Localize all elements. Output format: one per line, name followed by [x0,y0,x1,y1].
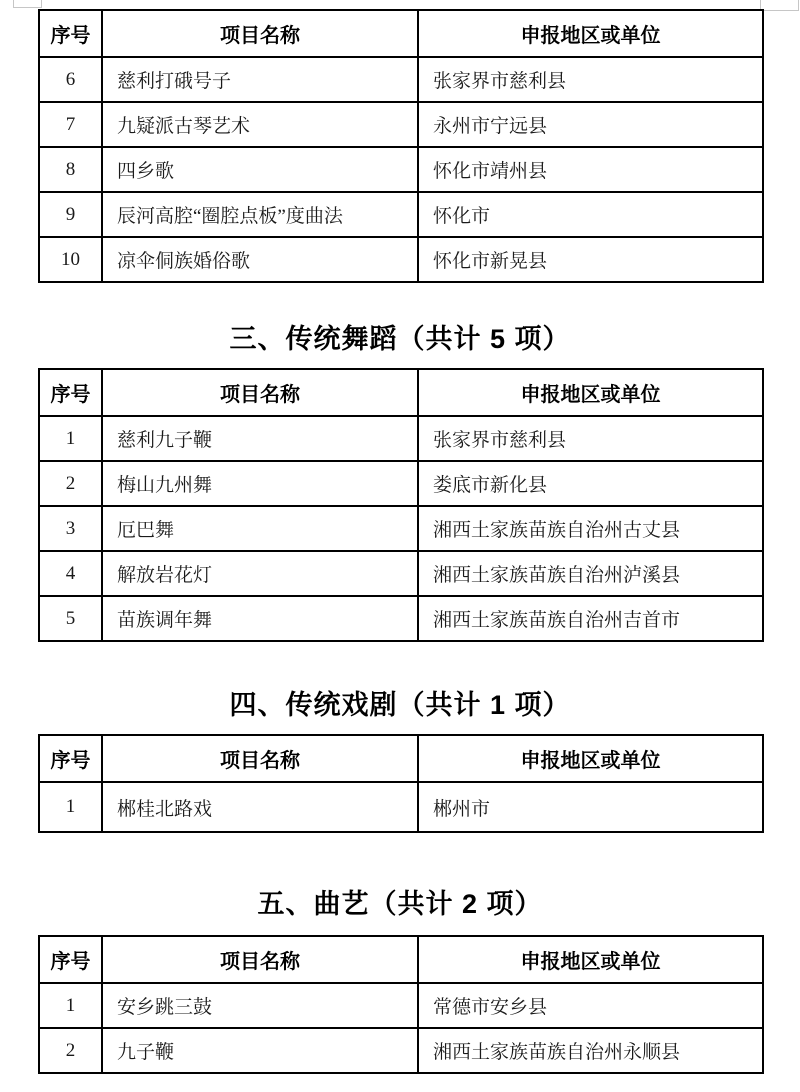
col-header-region: 申报地区或单位 [418,735,763,782]
heritage-table-traditional-dance: 序号 项目名称 申报地区或单位 1 慈利九子鞭 张家界市慈利县 2 梅山九州舞 … [38,368,764,642]
table-header-row: 序号 项目名称 申报地区或单位 [39,735,763,782]
col-header-name: 项目名称 [102,936,418,983]
table-row: 5 苗族调年舞 湘西土家族苗族自治州吉首市 [39,596,763,641]
cell-name: 慈利九子鞭 [102,416,418,461]
cell-num: 6 [39,57,102,102]
cell-name: 解放岩花灯 [102,551,418,596]
cell-region: 张家界市慈利县 [418,57,763,102]
col-header-region: 申报地区或单位 [418,10,763,57]
table-row: 1 安乡跳三鼓 常德市安乡县 [39,983,763,1028]
cell-num: 8 [39,147,102,192]
table-row: 9 辰河高腔“圈腔点板”度曲法 怀化市 [39,192,763,237]
cell-num: 2 [39,461,102,506]
cell-name: 苗族调年舞 [102,596,418,641]
col-header-name: 项目名称 [102,369,418,416]
cell-region: 郴州市 [418,782,763,832]
cell-name: 九子鞭 [102,1028,418,1073]
cell-name: 辰河高腔“圈腔点板”度曲法 [102,192,418,237]
cell-region: 张家界市慈利县 [418,416,763,461]
cell-region: 湘西土家族苗族自治州泸溪县 [418,551,763,596]
heritage-table-quyi: 序号 项目名称 申报地区或单位 1 安乡跳三鼓 常德市安乡县 2 九子鞭 湘西土… [38,935,764,1074]
cell-num: 10 [39,237,102,282]
cell-name: 九疑派古琴艺术 [102,102,418,147]
cell-num: 2 [39,1028,102,1073]
cell-name: 安乡跳三鼓 [102,983,418,1028]
cell-num: 4 [39,551,102,596]
cell-region: 湘西土家族苗族自治州吉首市 [418,596,763,641]
cell-name: 厄巴舞 [102,506,418,551]
section-title-traditional-drama: 四、传统戏剧（共计 1 项） [0,690,800,720]
table-header-row: 序号 项目名称 申报地区或单位 [39,10,763,57]
col-header-name: 项目名称 [102,10,418,57]
cell-num: 5 [39,596,102,641]
cell-name: 慈利打硪号子 [102,57,418,102]
table-row: 3 厄巴舞 湘西土家族苗族自治州古丈县 [39,506,763,551]
cell-name: 凉伞侗族婚俗歌 [102,237,418,282]
page-edge-artifact-left [13,0,42,8]
section-title-quyi: 五、曲艺（共计 2 项） [0,889,800,919]
cell-name: 四乡歌 [102,147,418,192]
cell-region: 常德市安乡县 [418,983,763,1028]
cell-region: 永州市宁远县 [418,102,763,147]
heritage-table-traditional-drama: 序号 项目名称 申报地区或单位 1 郴桂北路戏 郴州市 [38,734,764,833]
table-row: 10 凉伞侗族婚俗歌 怀化市新晃县 [39,237,763,282]
page-edge-artifact-right [760,0,799,11]
cell-num: 9 [39,192,102,237]
cell-num: 1 [39,983,102,1028]
cell-num: 7 [39,102,102,147]
col-header-num: 序号 [39,735,102,782]
cell-region: 湘西土家族苗族自治州永顺县 [418,1028,763,1073]
table-row: 4 解放岩花灯 湘西土家族苗族自治州泸溪县 [39,551,763,596]
table-row: 2 九子鞭 湘西土家族苗族自治州永顺县 [39,1028,763,1073]
col-header-num: 序号 [39,936,102,983]
cell-num: 3 [39,506,102,551]
section-title-traditional-dance: 三、传统舞蹈（共计 5 项） [0,324,800,354]
col-header-num: 序号 [39,369,102,416]
cell-num: 1 [39,416,102,461]
table-row: 1 郴桂北路戏 郴州市 [39,782,763,832]
cell-region: 怀化市 [418,192,763,237]
table-row: 6 慈利打硪号子 张家界市慈利县 [39,57,763,102]
table-row: 8 四乡歌 怀化市靖州县 [39,147,763,192]
table-header-row: 序号 项目名称 申报地区或单位 [39,936,763,983]
table-row: 7 九疑派古琴艺术 永州市宁远县 [39,102,763,147]
document-page: 序号 项目名称 申报地区或单位 6 慈利打硪号子 张家界市慈利县 7 九疑派古琴… [0,0,800,1092]
col-header-num: 序号 [39,10,102,57]
cell-region: 娄底市新化县 [418,461,763,506]
heritage-table-music-continued: 序号 项目名称 申报地区或单位 6 慈利打硪号子 张家界市慈利县 7 九疑派古琴… [38,9,764,283]
table-row: 1 慈利九子鞭 张家界市慈利县 [39,416,763,461]
cell-region: 湘西土家族苗族自治州古丈县 [418,506,763,551]
cell-region: 怀化市新晃县 [418,237,763,282]
col-header-region: 申报地区或单位 [418,936,763,983]
cell-region: 怀化市靖州县 [418,147,763,192]
table-row: 2 梅山九州舞 娄底市新化县 [39,461,763,506]
cell-name: 梅山九州舞 [102,461,418,506]
table-header-row: 序号 项目名称 申报地区或单位 [39,369,763,416]
col-header-name: 项目名称 [102,735,418,782]
cell-name: 郴桂北路戏 [102,782,418,832]
cell-num: 1 [39,782,102,832]
col-header-region: 申报地区或单位 [418,369,763,416]
